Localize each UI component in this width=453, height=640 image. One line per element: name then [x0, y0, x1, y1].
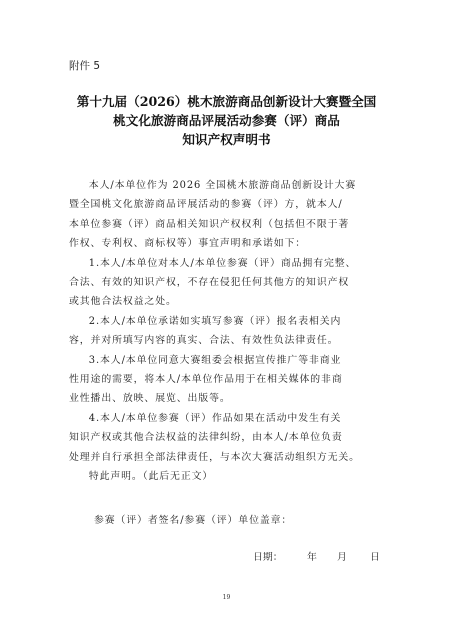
text-line: 2.本人/本单位承诺如实填写参赛（评）报名表相关内	[69, 312, 379, 331]
text-line: 特此声明。（此后无正文）	[69, 467, 379, 486]
signature-label: 参赛（评）者签名/参赛（评）单位盖章：	[94, 512, 292, 526]
text-line: 本单位参赛（评）商品相关知识产权权利（包括但不限于著	[69, 215, 379, 234]
text-line: 本人/本单位作为 2026 全国桃木旅游商品创新设计大赛	[69, 176, 379, 195]
text-line: 或其他合法权益之处。	[69, 292, 379, 311]
date-day: 日	[370, 549, 380, 563]
attachment-label: 附件 5	[69, 58, 100, 73]
date-month: 月	[337, 549, 370, 563]
text-line: 处理并自行承担全部法律责任，与本次大赛活动组织方无关。	[69, 448, 379, 467]
document-title: 第十九届（2026）桃木旅游商品创新设计大赛暨全国 桃文化旅游商品评展活动参赛（…	[40, 92, 413, 149]
closing-statement: 特此声明。（此后无正文）	[69, 467, 379, 486]
clause-3: 3.本人/本单位同意大赛组委会根据宣传推广等非商业 性用途的需要，将本人/本单位…	[69, 351, 379, 409]
text-line: 合法、有效的知识产权，不存在侵犯任何其他方的知识产权	[69, 273, 379, 292]
text-line: 作权、专利权、商标权等）事宜声明和承诺如下：	[69, 234, 379, 253]
clause-1: 1.本人/本单位对本人/本单位参赛（评）商品拥有完整、 合法、有效的知识产权，不…	[69, 254, 379, 312]
text-line: 暨全国桃文化旅游商品评展活动的参赛（评）方，就本人/	[69, 195, 379, 214]
text-line: 1.本人/本单位对本人/本单位参赛（评）商品拥有完整、	[69, 254, 379, 273]
title-line: 第十九届（2026）桃木旅游商品创新设计大赛暨全国	[40, 92, 413, 111]
text-line: 容，并对所填写内容的真实、合法、有效性负法律责任。	[69, 331, 379, 350]
title-line: 知识产权声明书	[40, 130, 413, 149]
text-line: 性用途的需要，将本人/本单位作品用于在相关媒体的非商	[69, 370, 379, 389]
text-line: 3.本人/本单位同意大赛组委会根据宣传推广等非商业	[69, 351, 379, 370]
declaration-body: 本人/本单位作为 2026 全国桃木旅游商品创新设计大赛 暨全国桃文化旅游商品评…	[69, 176, 379, 487]
date-year: 年	[307, 549, 337, 563]
date-label: 日期：	[253, 549, 307, 563]
page-number: 19	[0, 594, 453, 601]
document-page: 附件 5 第十九届（2026）桃木旅游商品创新设计大赛暨全国 桃文化旅游商品评展…	[0, 0, 453, 640]
title-line: 桃文化旅游商品评展活动参赛（评）商品	[40, 111, 413, 130]
text-line: 业性播出、放映、展览、出版等。	[69, 389, 379, 408]
clause-2: 2.本人/本单位承诺如实填写参赛（评）报名表相关内 容，并对所填写内容的真实、合…	[69, 312, 379, 351]
text-line: 4.本人/本单位参赛（评）作品如果在活动中发生有关	[69, 409, 379, 428]
text-line: 知识产权或其他合法权益的法律纠纷，由本人/本单位负责	[69, 428, 379, 447]
intro-paragraph: 本人/本单位作为 2026 全国桃木旅游商品创新设计大赛 暨全国桃文化旅游商品评…	[69, 176, 379, 254]
date-line: 日期： 年 月 日	[253, 549, 380, 563]
clause-4: 4.本人/本单位参赛（评）作品如果在活动中发生有关 知识产权或其他合法权益的法律…	[69, 409, 379, 467]
